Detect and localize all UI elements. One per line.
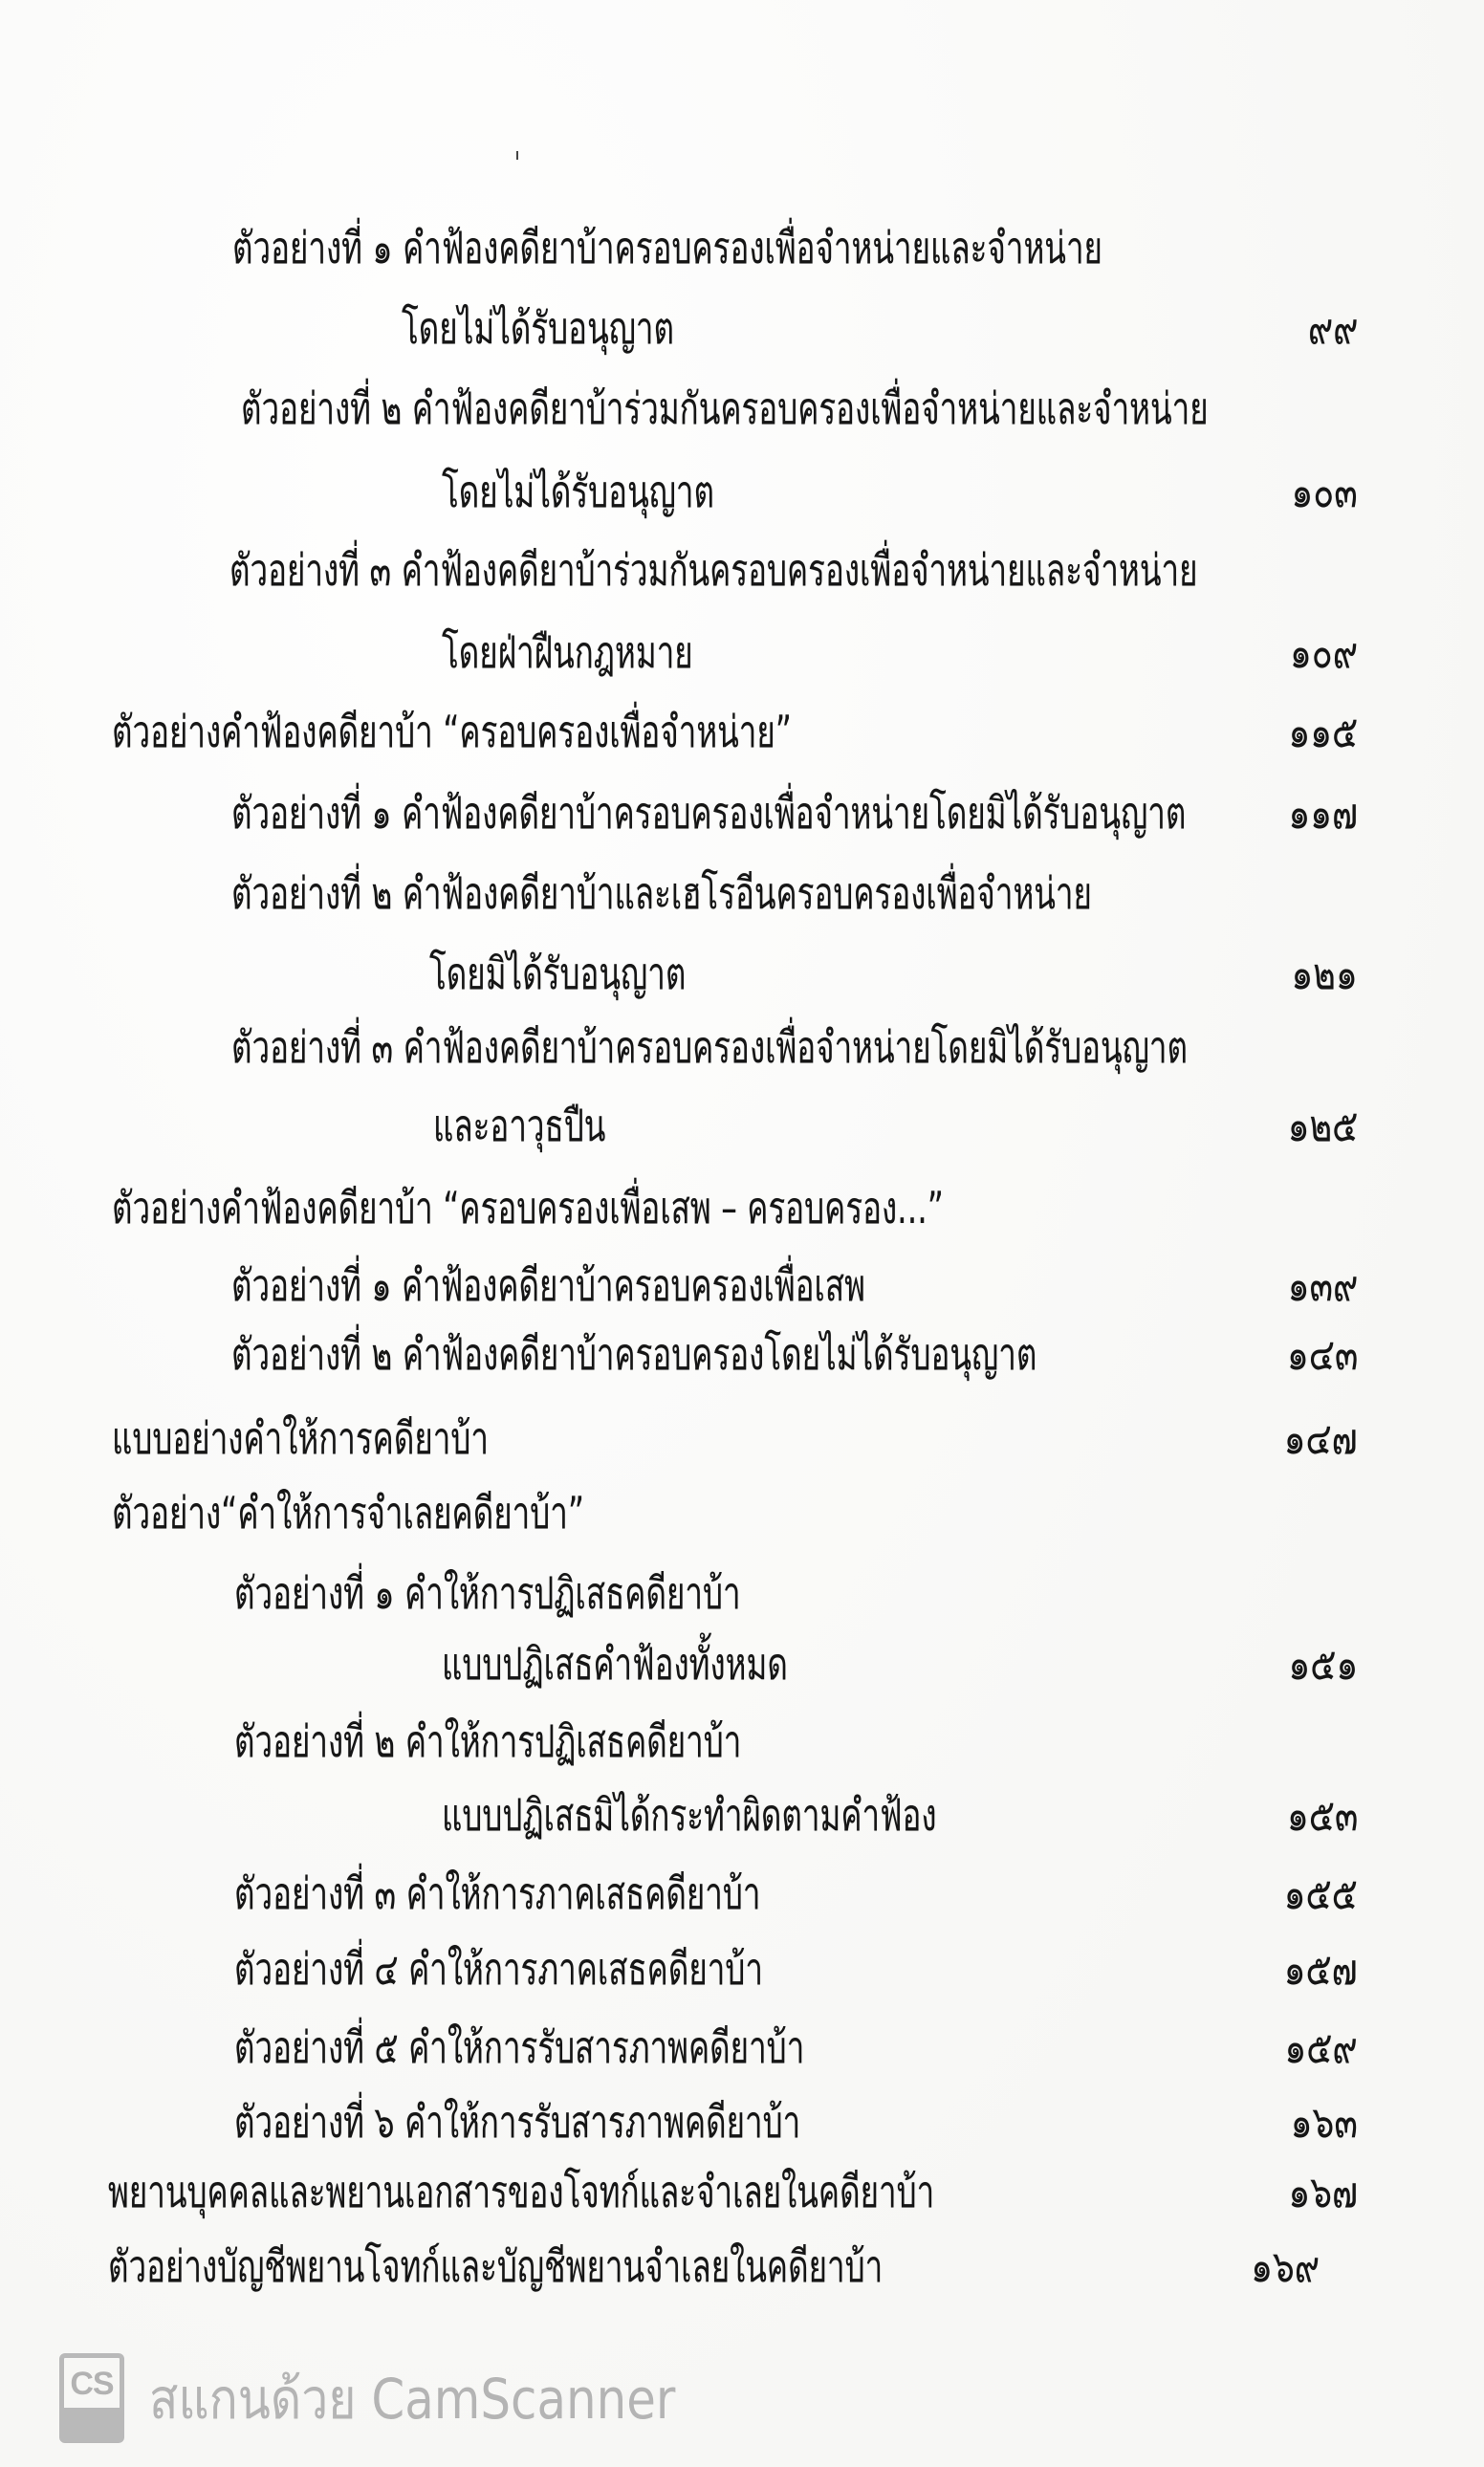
toc-entry-text: ตัวอย่างที่ ๒ คำฟ้องคดียาบ้าครอบครองโดยไ…: [231, 1325, 1037, 1383]
toc-entry-page: ๙๙: [1307, 299, 1358, 357]
toc-entry-text: โดยมิได้รับอนุญาต: [429, 945, 686, 1002]
toc-entry-page: ๑๐๙: [1290, 623, 1358, 681]
toc-entry-text: โดยไม่ได้รับอนุญาต: [442, 463, 714, 520]
toc-entry: ตัวอย่างที่ ๒ คำฟ้องคดียาบ้าและเฮโรอีนคร…: [0, 864, 1484, 922]
toc-entry-text: ตัวอย่างที่ ๑ คำฟ้องคดียาบ้าครอบครองเพื่…: [231, 784, 1186, 841]
toc-entry-page: ๑๑๗: [1288, 784, 1358, 841]
document-page: ตัวอย่างที่ ๑ คำฟ้องคดียาบ้าครอบครองเพื่…: [0, 0, 1484, 2467]
toc-entry-page: ๑๕๙: [1285, 2019, 1358, 2076]
toc-entry: โดยไม่ได้รับอนุญาต ๙๙: [0, 299, 1484, 357]
toc-entry: ตัวอย่างที่ ๒ คำให้การปฏิเสธคดียาบ้า: [0, 1713, 1484, 1770]
toc-entry-text: ตัวอย่างคำฟ้องคดียาบ้า “ครอบครองเพื่อจำห…: [112, 703, 792, 760]
toc-entry-text: ตัวอย่างที่ ๖ คำให้การรับสารภาพคดียาบ้า: [234, 2093, 800, 2150]
toc-entry-text: ตัวอย่างที่ ๓ คำให้การภาคเสธคดียาบ้า: [234, 1865, 761, 1922]
toc-entry-text: ตัวอย่างที่ ๓ คำฟ้องคดียาบ้าร่วมกันครอบค…: [229, 541, 1197, 599]
toc-entry: พยานบุคคลและพยานเอกสารของโจทก์และจำเลยใน…: [0, 2163, 1484, 2220]
toc-entry: แบบอย่างคำให้การคดียาบ้า ๑๔๗: [0, 1409, 1484, 1467]
toc-entry: โดยฝ่าฝืนกฎหมาย ๑๐๙: [0, 623, 1484, 681]
toc-entry-text: และอาวุธปืน: [433, 1097, 605, 1154]
toc-entry-text: ตัวอย่างที่ ๕ คำให้การรับสารภาพคดียาบ้า: [234, 2019, 804, 2076]
toc-entry: และอาวุธปืน ๑๒๕: [0, 1097, 1484, 1154]
toc-entry-text: ตัวอย่าง“คำให้การจำเลยคดียาบ้า”: [112, 1484, 584, 1541]
toc-entry: ตัวอย่างที่ ๓ คำฟ้องคดียาบ้าครอบครองเพื่…: [0, 1018, 1484, 1076]
toc-entry-text: โดยฝ่าฝืนกฎหมาย: [442, 623, 693, 681]
toc-entry-page: ๑๑๕: [1288, 703, 1358, 760]
toc-entry: แบบปฏิเสธมิได้กระทำผิดตามคำฟ้อง ๑๕๓: [0, 1786, 1484, 1844]
toc-entry: ตัวอย่าง“คำให้การจำเลยคดียาบ้า”: [0, 1484, 1484, 1541]
watermark-text: สแกนด้วย CamScanner: [149, 2354, 675, 2443]
toc-entry-text: ตัวอย่างที่ ๒ คำฟ้องคดียาบ้าและเฮโรอีนคร…: [231, 864, 1092, 922]
toc-entry-text: พยานบุคคลและพยานเอกสารของโจทก์และจำเลยใน…: [108, 2163, 934, 2220]
toc-entry-text: ตัวอย่างที่ ๔ คำให้การภาคเสธคดียาบ้า: [234, 1940, 763, 1998]
toc-entry-page: ๑๐๓: [1292, 463, 1358, 520]
toc-entry: ตัวอย่างที่ ๑ คำให้การปฏิเสธคดียาบ้า: [0, 1564, 1484, 1622]
toc-entry-text: ตัวอย่างที่ ๒ คำให้การปฏิเสธคดียาบ้า: [234, 1713, 741, 1770]
toc-entry-text: โดยไม่ได้รับอนุญาต: [402, 299, 674, 357]
toc-entry-text: แบบปฏิเสธคำฟ้องทั้งหมด: [442, 1635, 788, 1692]
toc-entry: ตัวอย่างที่ ๔ คำให้การภาคเสธคดียาบ้า ๑๕๗: [0, 1940, 1484, 1998]
toc-entry-page: ๑๕๗: [1284, 1940, 1358, 1998]
toc-entry: โดยไม่ได้รับอนุญาต ๑๐๓: [0, 463, 1484, 520]
toc-entry: แบบปฏิเสธคำฟ้องทั้งหมด ๑๕๑: [0, 1635, 1484, 1692]
toc-entry: ตัวอย่างที่ ๓ คำให้การภาคเสธคดียาบ้า ๑๕๕: [0, 1865, 1484, 1922]
scan-speck: [516, 151, 518, 160]
toc-entry-page: ๑๔๓: [1287, 1325, 1358, 1383]
toc-entry: ตัวอย่างคำฟ้องคดียาบ้า “ครอบครองเพื่อเสพ…: [0, 1179, 1484, 1236]
toc-entry-page: ๑๕๑: [1288, 1635, 1358, 1692]
toc-entry-page: ๑๒๕: [1287, 1097, 1358, 1154]
toc-entry: ตัวอย่างที่ ๑ คำฟ้องคดียาบ้าครอบครองเพื่…: [0, 1256, 1484, 1314]
toc-entry-text: แบบปฏิเสธมิได้กระทำผิดตามคำฟ้อง: [442, 1786, 937, 1844]
camscanner-watermark: CS สแกนด้วย CamScanner: [59, 2350, 761, 2446]
toc-entry: ตัวอย่างที่ ๑ คำฟ้องคดียาบ้าครอบครองเพื่…: [0, 219, 1484, 276]
toc-entry: ตัวอย่างที่ ๒ คำฟ้องคดียาบ้าครอบครองโดยไ…: [0, 1325, 1484, 1383]
toc-entry-text: ตัวอย่างที่ ๑ คำให้การปฏิเสธคดียาบ้า: [234, 1564, 741, 1622]
toc-entry: ตัวอย่างที่ ๒ คำฟ้องคดียาบ้าร่วมกันครอบค…: [0, 380, 1484, 437]
toc-entry-page: ๑๖๗: [1288, 2163, 1358, 2220]
toc-entry: ตัวอย่างที่ ๕ คำให้การรับสารภาพคดียาบ้า …: [0, 2019, 1484, 2076]
toc-entry-text: ตัวอย่างที่ ๑ คำฟ้องคดียาบ้าครอบครองเพื่…: [232, 219, 1102, 276]
toc-entry-page: ๑๕๓: [1287, 1786, 1358, 1844]
toc-entry-text: ตัวอย่างคำฟ้องคดียาบ้า “ครอบครองเพื่อเสพ…: [112, 1179, 944, 1236]
toc-entry-page: ๑๔๗: [1284, 1409, 1358, 1467]
toc-entry: ตัวอย่างที่ ๑ คำฟ้องคดียาบ้าครอบครองเพื่…: [0, 784, 1484, 841]
toc-entry: ตัวอย่างที่ ๓ คำฟ้องคดียาบ้าร่วมกันครอบค…: [0, 541, 1484, 599]
toc-entry-text: ตัวอย่างที่ ๓ คำฟ้องคดียาบ้าครอบครองเพื่…: [231, 1018, 1188, 1076]
toc-entry-page: ๑๕๕: [1284, 1865, 1358, 1922]
toc-entry-text: ตัวอย่างที่ ๒ คำฟ้องคดียาบ้าร่วมกันครอบค…: [241, 380, 1209, 437]
toc-entry: ตัวอย่างที่ ๖ คำให้การรับสารภาพคดียาบ้า …: [0, 2093, 1484, 2150]
toc-entry: ตัวอย่างบัญชีพยานโจทก์และบัญชีพยานจำเลยใ…: [0, 2238, 1484, 2295]
toc-entry-page: ๑๓๙: [1287, 1256, 1358, 1314]
toc-entry-text: ตัวอย่างบัญชีพยานโจทก์และบัญชีพยานจำเลยใ…: [108, 2238, 883, 2295]
toc-entry: ตัวอย่างคำฟ้องคดียาบ้า “ครอบครองเพื่อจำห…: [0, 703, 1484, 760]
camscanner-logo-text: CS: [64, 2366, 120, 2403]
toc-entry-page: ๑๖๓: [1291, 2093, 1358, 2150]
toc-entry-page: ๑๒๑: [1292, 945, 1358, 1002]
toc-entry-text: ตัวอย่างที่ ๑ คำฟ้องคดียาบ้าครอบครองเพื่…: [231, 1256, 865, 1314]
toc-entry: โดยมิได้รับอนุญาต ๑๒๑: [0, 945, 1484, 1002]
camscanner-logo-icon: CS: [59, 2353, 124, 2443]
toc-entry-page: ๑๖๙: [1251, 2238, 1320, 2295]
toc-entry-text: แบบอย่างคำให้การคดียาบ้า: [112, 1409, 489, 1467]
